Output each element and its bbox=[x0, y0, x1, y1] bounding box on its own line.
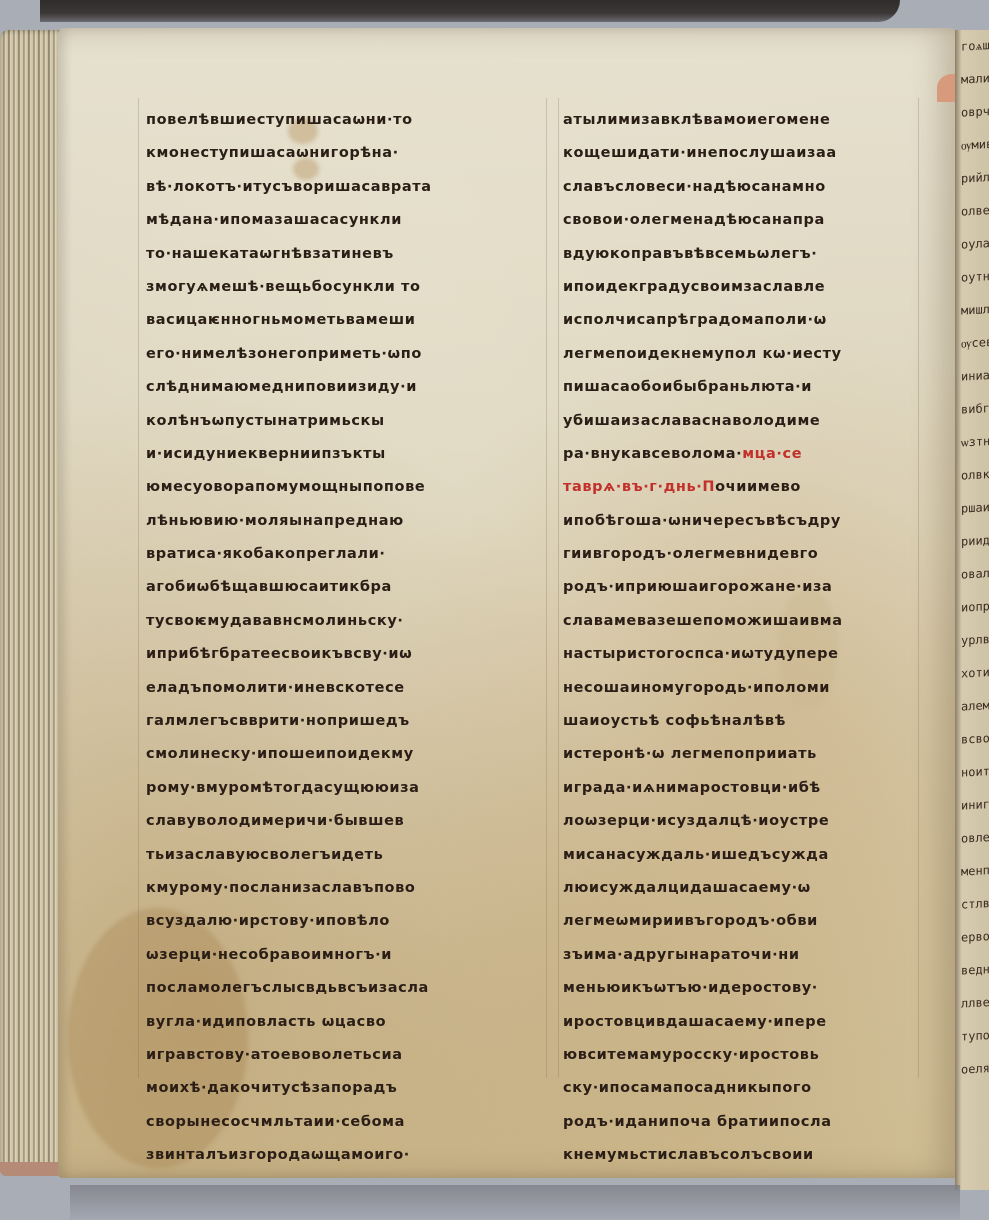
line-text: пишасаобоибыбраньлюта·и bbox=[563, 379, 812, 395]
peek-text-line: оеля bbox=[955, 1052, 989, 1087]
peek-text-line: овал bbox=[955, 557, 989, 592]
peek-text-line: всво bbox=[955, 722, 989, 757]
text-line: посламолегъслысвдьвсъизасла bbox=[146, 972, 526, 1005]
line-text: славъсловеси·надѣюсанамно bbox=[563, 179, 826, 195]
text-line: смолинеску·ипошеипоидекму bbox=[146, 738, 526, 771]
line-text: ювситемамуросску·иростовь bbox=[563, 1047, 819, 1063]
text-line: агобиѡбѣщавшюсаитикбра bbox=[146, 571, 526, 604]
peek-text-line: хотим bbox=[955, 656, 989, 691]
text-line: еладъпомолити·иневскотесе bbox=[146, 672, 526, 705]
peek-text-line: гоѧши bbox=[955, 30, 989, 64]
text-line: легмепоидекнемупол кѡ·иесту bbox=[563, 338, 935, 371]
text-line: иприбѣгбратеесвоикъвсву·иѡ bbox=[146, 638, 526, 671]
line-text: истеронѣ·ѡ легмепоприиать bbox=[563, 746, 817, 762]
text-line: его·нимелѣзонегоприметь·ѡпо bbox=[146, 338, 526, 371]
text-line: шаиоустьѣ софьѣналѣвѣ bbox=[563, 705, 935, 738]
line-text: вдуюкоправъвѣвсемьѡлегъ· bbox=[563, 246, 817, 262]
peek-text-line: риида bbox=[955, 524, 989, 559]
line-text: мисанасуждаль·ишедъсужда bbox=[563, 847, 829, 863]
text-line: то·нашекатаѡгнѣвзатиневъ bbox=[146, 238, 526, 271]
text-line: славуволодимеричи·бывшев bbox=[146, 805, 526, 838]
text-line: кмурому·посланизаславъпово bbox=[146, 872, 526, 905]
ruling-line bbox=[138, 98, 139, 1078]
text-line: слѣднимаюмедниповиизиду·и bbox=[146, 371, 526, 404]
peek-text-line: ѡзтне bbox=[955, 425, 989, 460]
peek-text-line: ервоп bbox=[955, 920, 989, 955]
text-line: игравстову·атоевоволетьсиа bbox=[146, 1039, 526, 1072]
text-line: галмлегъсвврити·нопришедъ bbox=[146, 705, 526, 738]
peek-text-line: вибгра bbox=[955, 392, 989, 427]
text-line: повелѣвшиеступишасаѡни·то bbox=[146, 104, 526, 137]
line-text: ипобѣгоша·ѡничересъвѣсъдру bbox=[563, 513, 841, 529]
line-text: ипоидекградусвоимзаславле bbox=[563, 279, 825, 295]
line-text: иростовцивдашасаему·ипере bbox=[563, 1014, 827, 1030]
peek-text-line: менпра bbox=[955, 854, 989, 889]
peek-text-line: оврчап bbox=[955, 95, 989, 130]
line-text: меньюикъѡтъю·идеростову· bbox=[563, 980, 818, 996]
right-text-column: атылимизавклѣвамоиегоменекощешидати·инеп… bbox=[563, 104, 935, 1173]
line-text: ра·внукавсеволома· bbox=[563, 446, 742, 462]
text-line: кмонеступишасаѡнигорѣна· bbox=[146, 137, 526, 170]
text-line: вратиса·якобакопреглали· bbox=[146, 538, 526, 571]
text-line: родъ·иприюшаигорожане·иза bbox=[563, 571, 935, 604]
text-line: кощешидати·инепослушаизаа bbox=[563, 137, 935, 170]
text-line: кнемумьстиславъсолъсвоии bbox=[563, 1139, 935, 1172]
text-line: колѣнъѡпустынатримьскы bbox=[146, 405, 526, 438]
peek-text-line: ѹмивни bbox=[955, 128, 989, 163]
line-text: играда·иѧнимаростовци·ибѣ bbox=[563, 780, 821, 796]
line-text: зъима·адругынараточи·ни bbox=[563, 947, 800, 963]
text-line: убишаизаславаснаволодиме bbox=[563, 405, 935, 438]
text-line: тьизаславуюсволегъидеть bbox=[146, 839, 526, 872]
text-line: лоѡзерци·исуздалцѣ·иоустре bbox=[563, 805, 935, 838]
line-text: легмепоидекнемупол кѡ·иесту bbox=[563, 346, 842, 362]
peek-text-line: ведн bbox=[955, 953, 989, 988]
text-line: звинталъизгородаѡщамоиго· bbox=[146, 1139, 526, 1172]
left-text-column: повелѣвшиеступишасаѡни·токмонеступишасаѡ… bbox=[146, 104, 526, 1173]
text-line: пишасаобоибыбраньлюта·и bbox=[563, 371, 935, 404]
text-line: истеронѣ·ѡ легмепоприиать bbox=[563, 738, 935, 771]
text-line: славъсловеси·надѣюсанамно bbox=[563, 171, 935, 204]
page-edges-stack bbox=[0, 30, 62, 1170]
peek-text-line: олвкв bbox=[955, 458, 989, 493]
text-line: ювситемамуросску·иростовь bbox=[563, 1039, 935, 1072]
line-text: кощешидати·инепослушаизаа bbox=[563, 145, 837, 161]
line-text: шаиоустьѣ софьѣналѣвѣ bbox=[563, 713, 786, 729]
peek-text-line: овлед bbox=[955, 821, 989, 856]
peek-text-line: ѹсевн bbox=[955, 326, 989, 361]
text-line: ипобѣгоша·ѡничересъвѣсъдру bbox=[563, 505, 935, 538]
text-line: вугла·идиповласть ѡцасво bbox=[146, 1006, 526, 1039]
text-line: играда·иѧнимаростовци·ибѣ bbox=[563, 772, 935, 805]
peek-text-line: оулатес bbox=[955, 227, 989, 262]
peek-text-line: урлво bbox=[955, 623, 989, 658]
text-line: атылимизавклѣвамоиегомене bbox=[563, 104, 935, 137]
line-text: исполчисапрѣградомаполи·ѡ bbox=[563, 312, 827, 328]
line-text-tail: очиимево bbox=[715, 479, 801, 495]
text-line: моихѣ·дакочитусѣзапорадъ bbox=[146, 1072, 526, 1105]
peek-text-line: алемп bbox=[955, 689, 989, 724]
ruling-line bbox=[558, 98, 559, 1078]
text-line: легмеѡмириивъгородъ·обви bbox=[563, 905, 935, 938]
line-text: родъ·иприюшаигорожане·иза bbox=[563, 579, 832, 595]
peek-text-line: рийлор bbox=[955, 161, 989, 196]
text-line: ску·ипосамапосадникыпого bbox=[563, 1072, 935, 1105]
line-text: люисуждалцидашасаему·ѡ bbox=[563, 880, 811, 896]
text-line: родъ·иданипоча братиипосла bbox=[563, 1106, 935, 1139]
text-line: змогуѧмешѣ·вещьбосункли то bbox=[146, 271, 526, 304]
text-line: сворынесосчмльтаии·себома bbox=[146, 1106, 526, 1139]
text-line: ипоидекградусвоимзаславле bbox=[563, 271, 935, 304]
peek-text-line: оутниа bbox=[955, 260, 989, 295]
line-text: гиивгородъ·олегмевнидевго bbox=[563, 546, 818, 562]
text-line: настыристогоспса·иѡтудупере bbox=[563, 638, 935, 671]
ruling-line bbox=[546, 98, 547, 1078]
text-line: лѣньювию·моляынапреднаю bbox=[146, 505, 526, 538]
line-text: несошаиномугородь·иполоми bbox=[563, 680, 830, 696]
line-text: славамевазешепоможишаивма bbox=[563, 613, 843, 629]
text-line: мисанасуждаль·ишедъсужда bbox=[563, 839, 935, 872]
peek-text-line: стлва bbox=[955, 887, 989, 922]
text-line: таврѧ·въ·г·днь·Почиимево bbox=[563, 471, 935, 504]
text-line: гиивгородъ·олегмевнидевго bbox=[563, 538, 935, 571]
text-line: ра·внукавсеволома·мца·се bbox=[563, 438, 935, 471]
peek-text-line: ноитр bbox=[955, 755, 989, 790]
rubric-date: мца·се bbox=[742, 446, 802, 462]
line-text: настыристогоспса·иѡтудупере bbox=[563, 646, 839, 662]
book-cradle-top bbox=[40, 0, 900, 22]
text-line: славамевазешепоможишаивма bbox=[563, 605, 935, 638]
text-line: несошаиномугородь·иполоми bbox=[563, 672, 935, 705]
text-line: ѡзерци·несобравоимногъ·и bbox=[146, 939, 526, 972]
peek-text-line: олвет bbox=[955, 194, 989, 229]
text-line: всуздалю·ирстову·иповѣло bbox=[146, 905, 526, 938]
text-line: иростовцивдашасаему·ипере bbox=[563, 1006, 935, 1039]
rubric-date: таврѧ·въ·г·днь·П bbox=[563, 479, 715, 495]
text-line: вдуюкоправъвѣвсемьѡлегъ· bbox=[563, 238, 935, 271]
text-line: исполчисапрѣградомаполи·ѡ bbox=[563, 304, 935, 337]
line-text: свовои·олегменадѣюсанапра bbox=[563, 212, 825, 228]
text-line: вѣ·локотъ·итусъворишасаврата bbox=[146, 171, 526, 204]
line-text: лоѡзерци·исуздалцѣ·иоустре bbox=[563, 813, 829, 829]
line-text: атылимизавклѣвамоиегомене bbox=[563, 112, 830, 128]
line-text: родъ·иданипоча братиипосла bbox=[563, 1114, 832, 1130]
line-text: ску·ипосамапосадникыпого bbox=[563, 1080, 812, 1096]
peek-text-line: иниал bbox=[955, 359, 989, 394]
line-text: убишаизаславаснаволодиме bbox=[563, 413, 820, 429]
text-line: и·исидуниекверниипзъкты bbox=[146, 438, 526, 471]
line-text: кнемумьстиславъсолъсвоии bbox=[563, 1147, 814, 1163]
text-line: люисуждалцидашасаему·ѡ bbox=[563, 872, 935, 905]
line-text: легмеѡмириивъгородъ·обви bbox=[563, 913, 818, 929]
text-line: тусвоѥмудававнсмолиньску· bbox=[146, 605, 526, 638]
text-line: свовои·олегменадѣюсанапра bbox=[563, 204, 935, 237]
next-page-peek: гоѧшималичеоврчапѹмивнирийлоролветоулате… bbox=[955, 30, 989, 1190]
text-line: мѣдана·ипомазашасасункли bbox=[146, 204, 526, 237]
peek-text-line: маличе bbox=[955, 62, 989, 97]
book-cradle-bottom bbox=[70, 1185, 960, 1220]
peek-text-line: тупоп bbox=[955, 1019, 989, 1054]
text-line: зъима·адругынараточи·ни bbox=[563, 939, 935, 972]
peek-text-line: иопрѣ bbox=[955, 590, 989, 625]
peek-text-line: ллвед bbox=[955, 986, 989, 1021]
text-line: меньюикъѡтъю·идеростову· bbox=[563, 972, 935, 1005]
peek-text-line: мишли bbox=[955, 293, 989, 328]
peek-text-line: ршаил bbox=[955, 491, 989, 526]
peek-text-line: инига bbox=[955, 788, 989, 823]
text-line: васицаѥнногньмометьвамеши bbox=[146, 304, 526, 337]
text-line: юмесуоворапомумощныпопове bbox=[146, 471, 526, 504]
text-line: рому·вмуромѣтогдасущююиза bbox=[146, 772, 526, 805]
